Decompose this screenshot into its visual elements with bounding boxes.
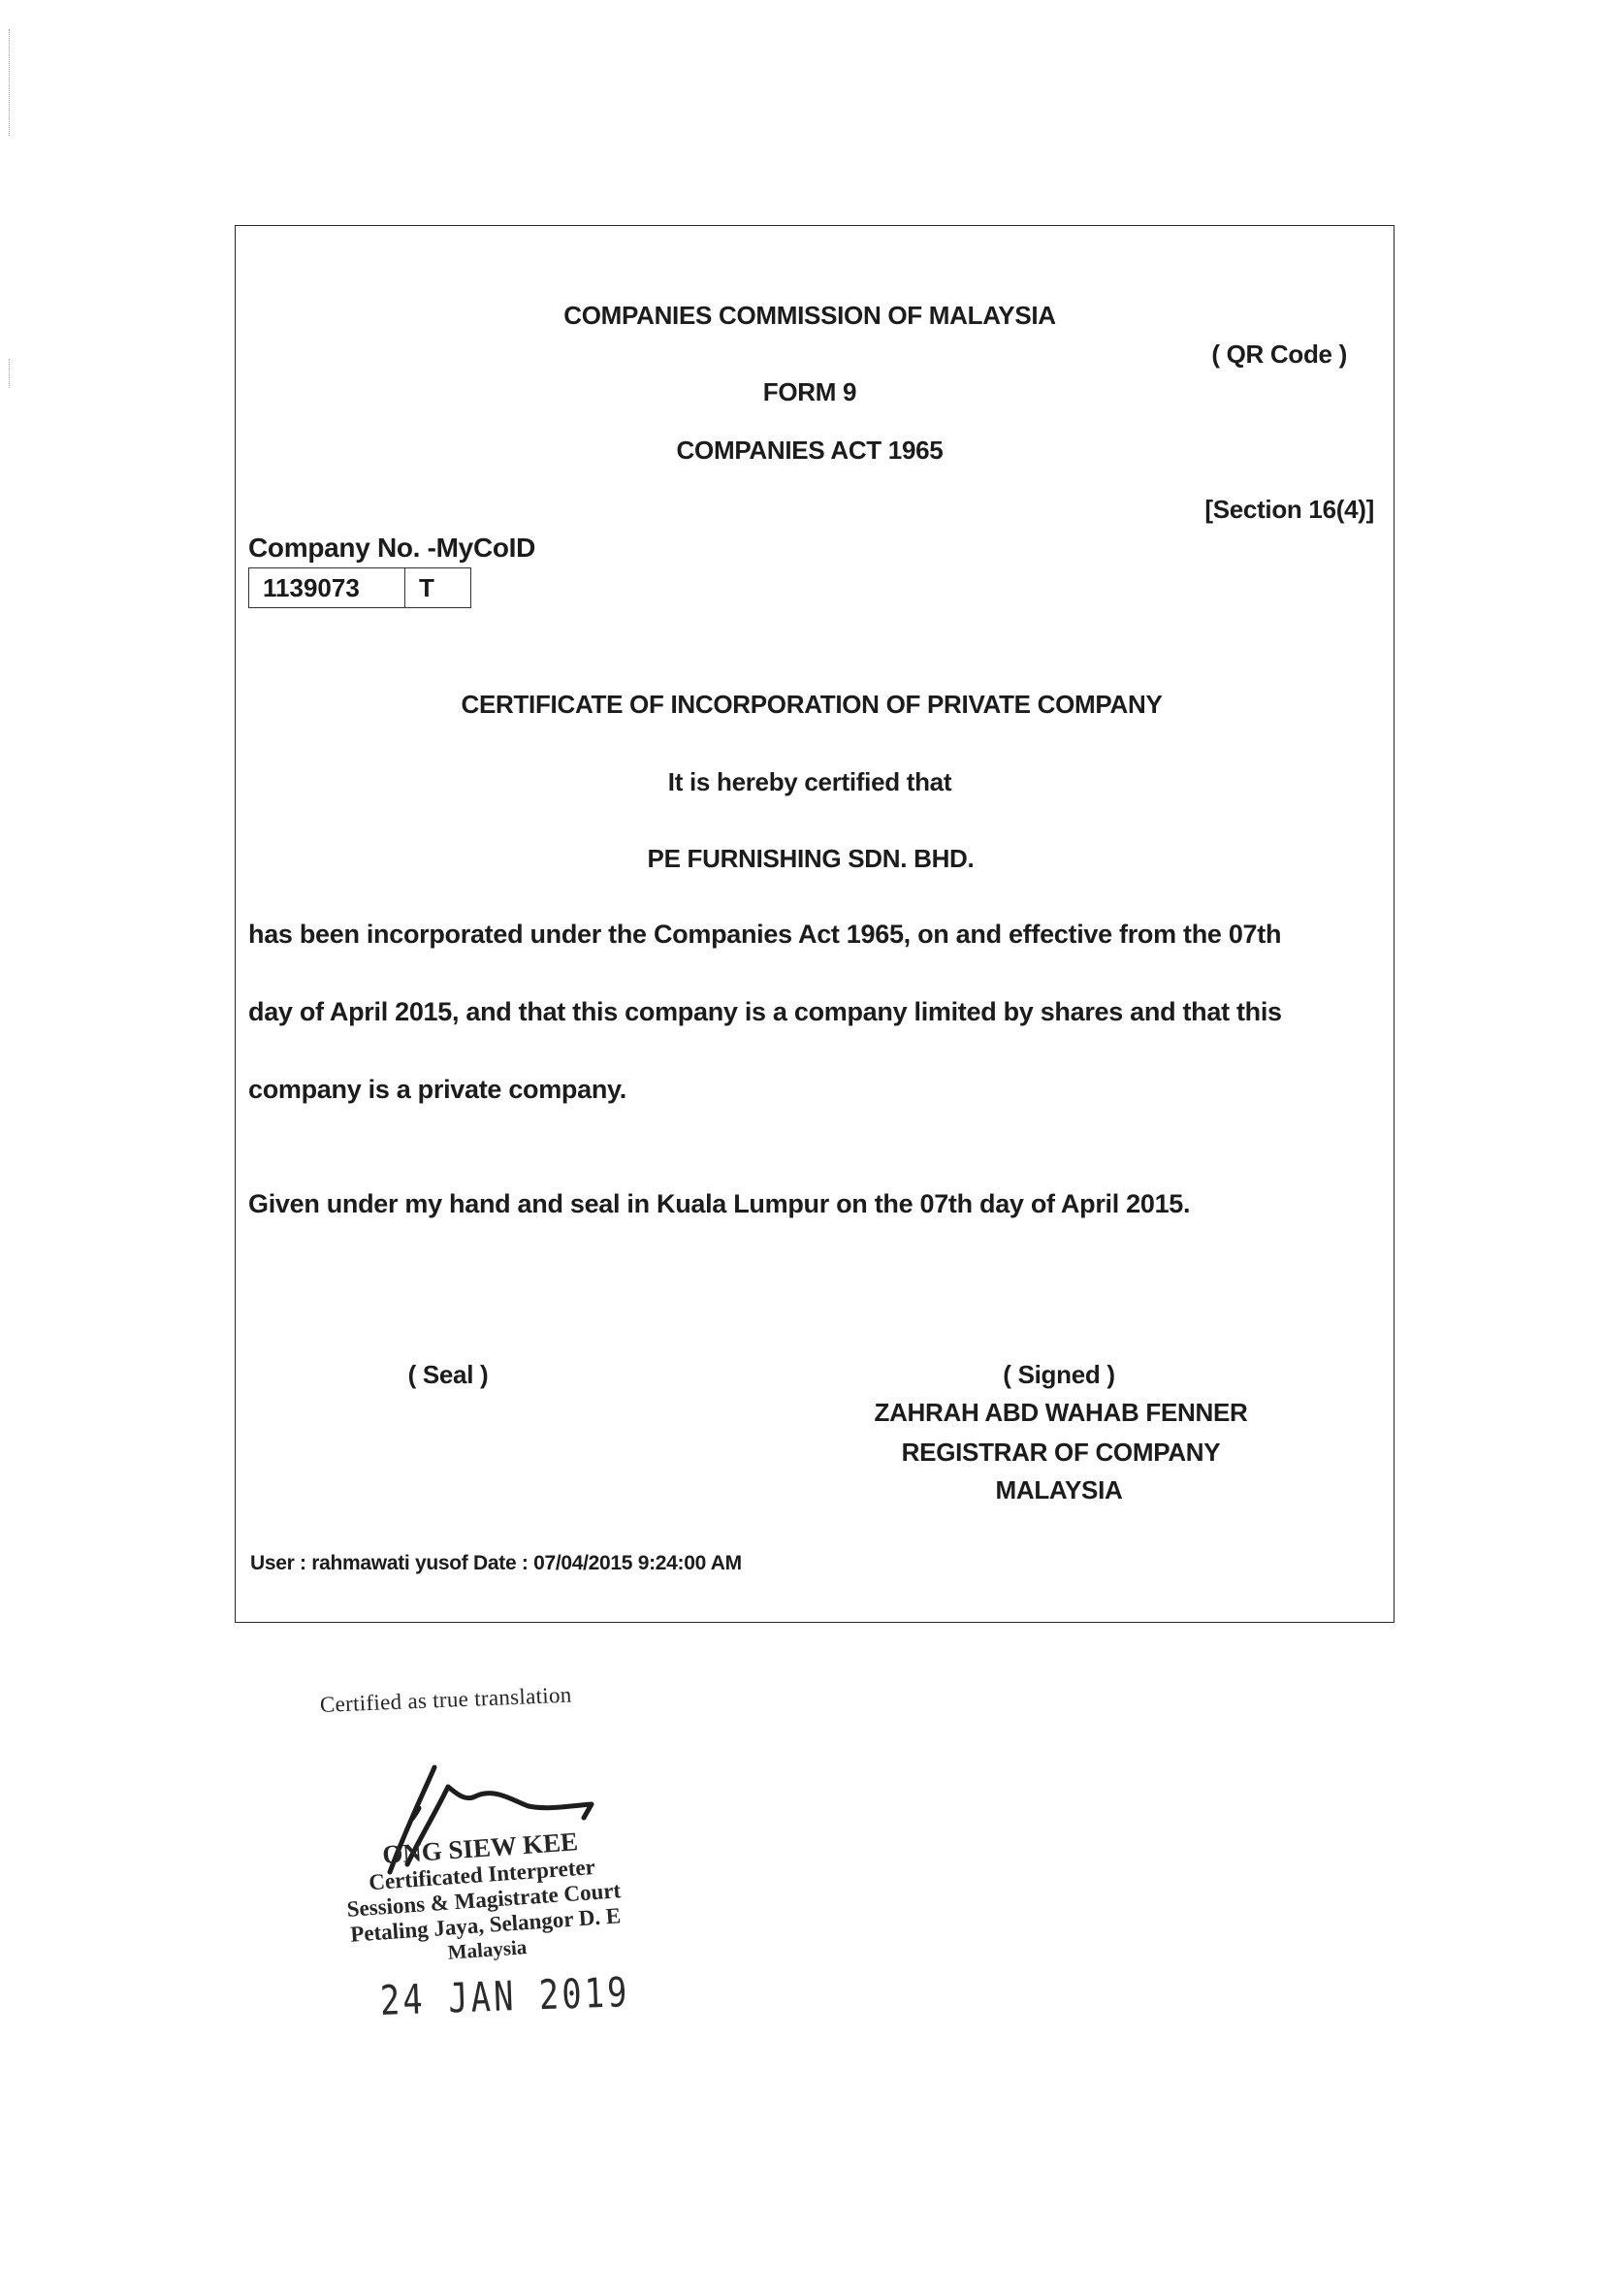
signed-label: ( Signed ) (1003, 1360, 1114, 1389)
company-name: PE FURNISHING SDN. BHD. (648, 844, 975, 873)
form-number: FORM 9 (763, 377, 856, 406)
registrar-name: ZAHRAH ABD WAHAB FENNER (874, 1398, 1247, 1427)
company-no-label: Company No. -MyCoID (248, 534, 535, 563)
body-line: company is a private company. (248, 1075, 626, 1104)
body-line: has been incorporated under the Companie… (248, 920, 1281, 949)
registrar-title: REGISTRAR OF COMPANY (902, 1438, 1221, 1467)
system-user-date: User : rahmawati yusof Date : 07/04/2015… (250, 1549, 742, 1578)
translator-country: Malaysia (447, 1935, 528, 1965)
seal-label: ( Seal ) (408, 1360, 489, 1389)
section-reference: [Section 16(4)] (1204, 495, 1374, 524)
registrar-country: MALAYSIA (996, 1475, 1123, 1504)
given-under-statement: Given under my hand and seal in Kuala Lu… (248, 1189, 1190, 1218)
company-no-box: 1139073 T (248, 567, 471, 608)
certificate-title: CERTIFICATE OF INCORPORATION OF PRIVATE … (461, 690, 1162, 719)
issuer-heading: COMPANIES COMMISSION OF MALAYSIA (563, 301, 1056, 330)
scan-artifact (9, 29, 10, 136)
translation-date-stamp: 24 JAN 2019 (379, 1968, 630, 2024)
body-line: day of April 2015, and that this company… (248, 997, 1282, 1026)
qr-code-placeholder: ( QR Code ) (1211, 340, 1347, 369)
scan-artifact (9, 359, 10, 388)
scanned-page: COMPANIES COMMISSION OF MALAYSIA ( QR Co… (0, 0, 1603, 2296)
act-heading: COMPANIES ACT 1965 (677, 436, 944, 465)
company-no-value: 1139073 (249, 568, 405, 607)
certified-translation-heading: Certified as true translation (319, 1683, 572, 1718)
certification-intro: It is hereby certified that (668, 767, 951, 796)
company-no-suffix: T (405, 568, 470, 607)
